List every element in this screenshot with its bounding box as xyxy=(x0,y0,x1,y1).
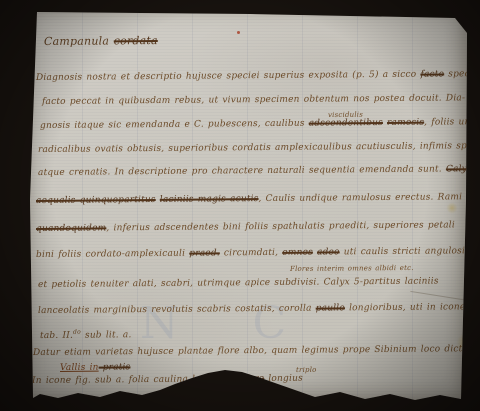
title-line: Campanula cordata xyxy=(44,35,158,48)
struck-segment: pratis xyxy=(99,362,131,372)
handwritten-line: facto peccat in quibusdam rebus, ut vivu… xyxy=(42,92,465,108)
superscript-segment: do xyxy=(73,329,81,336)
text-segment: longioribus, uti in icone nostra xyxy=(345,302,480,313)
struck-segment: facto xyxy=(420,69,444,79)
handwritten-line: Vallis in pratis xyxy=(60,361,131,374)
text-segment: gnosis itaque sic emendanda e C. pubesce… xyxy=(40,119,309,131)
handwritten-line: radicalibus ovatis obtusis, superioribus… xyxy=(38,139,480,156)
handwritten-line: atque crenatis. In descriptione pro char… xyxy=(38,163,480,179)
ink-dot xyxy=(237,31,240,34)
title-text: Campanula xyxy=(44,34,114,48)
text-segment: , inferius adscendentes bini foliis spat… xyxy=(106,220,455,233)
text-segment: tab. II. xyxy=(40,331,73,341)
handwritten-line: lanceolatis marginibus revolutis scabris… xyxy=(38,301,480,317)
text-segment: radicalibus ovatis obtusis, superioribus… xyxy=(38,140,480,155)
text-segment: , Caulis undique ramulosus erectus. Rami… xyxy=(258,192,475,204)
text-segment: , foliis undulatis xyxy=(424,117,480,128)
text-segment: bini foliis cordato-amplexicauli xyxy=(36,249,189,260)
text-segment: facto peccat in quibusdam rebus, ut vivu… xyxy=(42,93,465,107)
struck-segment: adeo xyxy=(317,247,340,257)
struck-segment: adscendentibus xyxy=(309,118,383,129)
text-segment: uti caulis stricti angulosi, xyxy=(340,246,469,257)
handwritten-line: gnosis itaque sic emendanda e C. pubesce… xyxy=(40,116,480,132)
scan-background: { "scene": { "background_color": "#17120… xyxy=(0,0,480,411)
handwritten-line: quandoquidem, inferius adscendentes bini… xyxy=(36,219,455,235)
text-segment: longius xyxy=(264,374,303,384)
manuscript-page: N C Campanula cordata Diagnosis nostra e… xyxy=(28,10,468,402)
struck-segment: laciniis magis acutis xyxy=(160,194,259,205)
text-segment: circumdati, xyxy=(220,248,282,259)
handwritten-line: aequalis quinquepartitus laciniis magis … xyxy=(36,191,475,207)
struck-segment: aequalis quinquepartitus xyxy=(36,195,156,206)
struck-segment: Calyx sub- xyxy=(446,164,480,174)
text-segment: specimine xyxy=(444,69,480,79)
text-segment: Diagnosis nostra et descriptio hujusce s… xyxy=(36,70,421,83)
struck-segment: ramosis xyxy=(387,118,424,128)
underlined-segment: Vallis in xyxy=(60,363,99,373)
struck-segment: quandoquidem xyxy=(36,223,106,234)
paper-crease xyxy=(410,291,475,302)
text-segment: In icone fig. sub a. folia caulina lance… xyxy=(32,374,245,386)
text-segment: Datur etiam varietas hujusce plantae flo… xyxy=(33,344,468,358)
struck-segment: praed. xyxy=(189,248,220,258)
handwritten-line: bini foliis cordato-amplexicauli praed. … xyxy=(36,245,468,261)
text-segment: sub lit. a. xyxy=(81,330,132,340)
handwritten-line: Diagnosis nostra et descriptio hujusce s… xyxy=(36,68,480,84)
handwritten-line: Datur etiam varietas hujusce plantae flo… xyxy=(33,343,468,359)
handwritten-line: In icone fig. sub a. folia caulina lance… xyxy=(32,373,303,387)
struck-segment: omnes xyxy=(282,248,313,258)
text-segment: atque crenatis. In descriptione pro char… xyxy=(38,164,446,178)
struck-segment: fere xyxy=(245,374,264,384)
handwritten-line: et petiolis tenuiter alati, scabri, utri… xyxy=(38,276,439,291)
handwritten-line: tab. II.do sub lit. a. xyxy=(40,326,132,342)
title-struck-text: cordata xyxy=(114,34,158,47)
text-segment: et petiolis tenuiter alati, scabri, utri… xyxy=(38,277,439,290)
interlinear-insert: Flores interim omnes albidi etc. xyxy=(290,264,414,273)
text-segment: lanceolatis marginibus revolutis scabris… xyxy=(38,304,316,316)
struck-segment: paullo xyxy=(316,303,345,313)
